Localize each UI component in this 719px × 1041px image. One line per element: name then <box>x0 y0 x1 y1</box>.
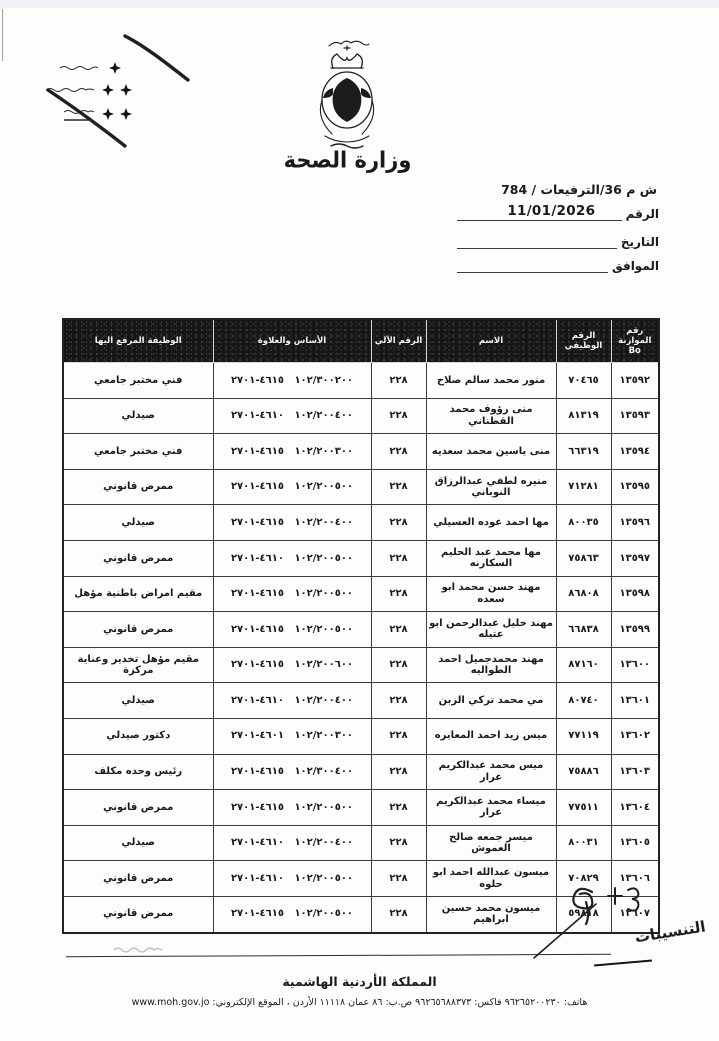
cell-name: مها محمد عبد الحليم السكارنه <box>426 540 556 576</box>
cell-name: مها احمد عوده العسيلي <box>426 505 556 541</box>
cell-employee-number: ٧٧١١٩ <box>556 718 611 754</box>
cell-salary-basis: ١٠٢/٣٠٠٤٠٠ ٤٦١٥-٢٧٠١ <box>213 754 371 790</box>
cell-employee-number: ٨١٣١٩ <box>556 398 611 434</box>
cell-budget-number: ١٣٥٩٨ <box>611 576 659 612</box>
cell-job-title: ممرض قانوني <box>63 861 213 897</box>
cell-budget-number: ١٣٥٩٩ <box>611 612 659 648</box>
col-header-budget-number: رقم الموازنة Bo <box>611 319 659 363</box>
cell-employee-number: ٧٠٤٦٥ <box>556 363 611 399</box>
cell-name: مهند خليل عبدالرحمن ابو عتيله <box>426 612 556 648</box>
cell-category: ٢٢٨ <box>371 861 426 897</box>
ministry-name-calligraphy: وزارة الصحة <box>270 147 425 173</box>
cell-job-title: رئيس وحده مكلف <box>63 754 213 790</box>
pen-slash-strokes <box>48 36 188 146</box>
cell-budget-number: ١٣٦٠٢ <box>611 718 659 754</box>
cell-job-title: صيدلي <box>63 398 213 434</box>
reference-number: ش م 36/الترفيعات / 784 <box>501 182 657 197</box>
col-header-job-title: الوظيفة المرفع اليها <box>63 319 213 363</box>
date-label: التاريخ <box>617 235 659 249</box>
cell-employee-number: ٧٧٥١١ <box>556 790 611 826</box>
cell-salary-basis: ١٠٢/٢٠٠٤٠٠ ٤٦١٠-٢٧٠١ <box>213 398 371 434</box>
table-header-row: رقم الموازنة Bo الرقم الوظيفي الاسم الرق… <box>63 319 659 363</box>
cell-salary-basis: ١٠٢/٢٠٠٥٠٠ ٤٦١٠-٢٧٠١ <box>213 540 371 576</box>
cell-name: منى رؤوف محمد القطناني <box>426 398 556 434</box>
cell-name: ميسر جمعه صالح العموش <box>426 825 556 861</box>
registry-stamp <box>30 28 230 168</box>
table-row: ١٣٥٩٦٨٠٠٣٥مها احمد عوده العسيلي٢٢٨١٠٢/٢٠… <box>63 505 659 541</box>
table-row: ١٣٥٩٤٦٦٣١٩منى ياسين محمد سعديه٢٢٨١٠٢/٢٠٠… <box>63 434 659 470</box>
cell-employee-number: ٨٠٠٣٥ <box>556 505 611 541</box>
cell-category: ٢٢٨ <box>371 718 426 754</box>
cell-category: ٢٢٨ <box>371 612 426 648</box>
table-row: ١٣٦٠٢٧٧١١٩ميس زيد احمد المعايره٢٢٨١٠٢/٢٠… <box>63 718 659 754</box>
cell-budget-number: ١٣٥٩٤ <box>611 434 659 470</box>
scan-edge-artifact <box>2 9 3 61</box>
cell-category: ٢٢٨ <box>371 683 426 719</box>
star-icon <box>120 84 132 96</box>
cell-budget-number: ١٣٥٩٧ <box>611 540 659 576</box>
cell-job-title: صيدلي <box>63 825 213 861</box>
star-icon <box>102 108 114 120</box>
table-row: ١٣٥٩٩٦٦٨٣٨مهند خليل عبدالرحمن ابو عتيله٢… <box>63 612 659 648</box>
faint-marginalia-scribble <box>112 942 164 954</box>
cell-budget-number: ١٣٦٠٠ <box>611 647 659 683</box>
star-burst-icons <box>102 62 132 120</box>
cell-job-title: فني مختبر جامعي <box>63 434 213 470</box>
cell-budget-number: ١٣٥٩٣ <box>611 398 659 434</box>
cell-category: ٢٢٨ <box>371 896 426 932</box>
cell-category: ٢٢٨ <box>371 790 426 826</box>
table-row: ١٣٥٩٥٧١٢٨١منيره لطفي عبدالرزاق النوباني٢… <box>63 469 659 505</box>
star-icon <box>102 84 114 96</box>
table-row: ١٣٥٩٨٨٦٨٠٨مهند حسن محمد ابو سعده٢٢٨١٠٢/٢… <box>63 576 659 612</box>
col-header-category: الرقم الآلي <box>371 319 426 363</box>
cell-name: منور محمد سالم صلاح <box>426 363 556 399</box>
cell-salary-basis: ١٠٢/٢٠٠٣٠٠ ٤٦١٥-٢٧٠١ <box>213 434 371 470</box>
cell-employee-number: ٨٠٠٣١ <box>556 825 611 861</box>
cell-salary-basis: ١٠٢/٢٠٠٣٠٠ ٤٦٠١-٢٧٠١ <box>213 718 371 754</box>
cell-name: منيره لطفي عبدالرزاق النوباني <box>426 469 556 505</box>
cell-category: ٢٢٨ <box>371 434 426 470</box>
cell-salary-basis: ١٠٢/٣٠٠٢٠٠ ٤٦١٥-٢٧٠١ <box>213 363 371 399</box>
cell-category: ٢٢٨ <box>371 754 426 790</box>
cell-category: ٢٢٨ <box>371 505 426 541</box>
cell-job-title: صيدلي <box>63 505 213 541</box>
field-number: الرقم 11/01/2026 <box>457 205 659 221</box>
cell-job-title: ممرض قانوني <box>63 612 213 648</box>
cell-employee-number: ٨٠٧٤٠ <box>556 683 611 719</box>
cell-name: منى ياسين محمد سعديه <box>426 434 556 470</box>
number-value: 11/01/2026 <box>469 203 634 219</box>
cell-employee-number: ٨٦٨٠٨ <box>556 576 611 612</box>
table-row: ١٣٦٠٣٧٥٨٨٦ميس محمد عبدالكريم عرار٢٢٨١٠٢/… <box>63 754 659 790</box>
table-body: ١٣٥٩٢٧٠٤٦٥منور محمد سالم صلاح٢٢٨١٠٢/٣٠٠٢… <box>63 363 659 933</box>
cell-name: ميس زيد احمد المعايره <box>426 718 556 754</box>
cell-salary-basis: ١٠٢/٢٠٠٦٠٠ ٤٦١٥-٢٧٠١ <box>213 647 371 683</box>
kingdom-title: المملكة الأردنية الهاشمية <box>0 974 719 989</box>
table-row: ١٣٥٩٢٧٠٤٦٥منور محمد سالم صلاح٢٢٨١٠٢/٣٠٠٢… <box>63 363 659 399</box>
cell-salary-basis: ١٠٢/٢٠٠٤٠٠ ٤٦١٠-٢٧٠١ <box>213 825 371 861</box>
contact-line: هاتف: ٩٦٢٦٥٢٠٠٢٣٠ فاكس: ٩٦٢٦٥٦٨٨٣٧٣ ص.ب:… <box>0 997 719 1008</box>
cell-category: ٢٢٨ <box>371 398 426 434</box>
cell-job-title: فني مختبر جامعي <box>63 363 213 399</box>
cell-name: مهند حسن محمد ابو سعده <box>426 576 556 612</box>
col-header-employee-number: الرقم الوظيفي <box>556 319 611 363</box>
corresponding-label: الموافق <box>608 259 659 273</box>
cell-budget-number: ١٣٥٩٢ <box>611 363 659 399</box>
date-line <box>457 233 617 249</box>
cell-category: ٢٢٨ <box>371 825 426 861</box>
cell-job-title: مقيم امراض باطنية مؤهل <box>63 576 213 612</box>
cell-job-title: ممرض قانوني <box>63 790 213 826</box>
cell-employee-number: ٦٦٨٣٨ <box>556 612 611 648</box>
cell-job-title: مقيم مؤهل تخدير وعناية مركزة <box>63 647 213 683</box>
cell-salary-basis: ١٠٢/٢٠٠٤٠٠ ٤٦١٥-٢٧٠١ <box>213 505 371 541</box>
cell-job-title: صيدلي <box>63 683 213 719</box>
star-icon <box>120 108 132 120</box>
col-header-name: الاسم <box>426 319 556 363</box>
cell-budget-number: ١٣٦٠٣ <box>611 754 659 790</box>
cell-salary-basis: ١٠٢/٢٠٠٥٠٠ ٤٦١٥-٢٧٠١ <box>213 896 371 932</box>
cell-name: ميساء محمد عبدالكريم عرار <box>426 790 556 826</box>
cell-salary-basis: ١٠٢/٢٠٠٥٠٠ ٤٦١٠-٢٧٠١ <box>213 861 371 897</box>
table-row: ١٣٥٩٧٧٥٨٦٣مها محمد عبد الحليم السكارنه٢٢… <box>63 540 659 576</box>
cell-employee-number: ٧٥٨٦٣ <box>556 540 611 576</box>
cell-budget-number: ١٣٥٩٦ <box>611 505 659 541</box>
cell-employee-number: ٧١٢٨١ <box>556 469 611 505</box>
star-icon <box>109 62 121 74</box>
cell-salary-basis: ١٠٢/٢٠٠٥٠٠ ٤٦١٥-٢٧٠١ <box>213 790 371 826</box>
number-line: 11/01/2026 <box>457 205 622 221</box>
scanned-document-page: وزارة الصحة ش م 36/الترفيعات / 784 الرقم… <box>0 0 719 1041</box>
cell-category: ٢٢٨ <box>371 647 426 683</box>
cell-job-title: دكتور صيدلي <box>63 718 213 754</box>
cell-employee-number: ٨٧١٦٠ <box>556 647 611 683</box>
cell-category: ٢٢٨ <box>371 469 426 505</box>
cell-name: ميس محمد عبدالكريم عرار <box>426 754 556 790</box>
handwritten-page-mark <box>598 880 646 914</box>
cell-category: ٢٢٨ <box>371 540 426 576</box>
royal-crest-icon <box>295 38 400 150</box>
cell-salary-basis: ١٠٢/٢٠٠٤٠٠ ٤٦١٠-٢٧٠١ <box>213 683 371 719</box>
cell-category: ٢٢٨ <box>371 576 426 612</box>
cell-salary-basis: ١٠٢/٢٠٠٥٠٠ ٤٦١٥-٢٧٠١ <box>213 612 371 648</box>
table-row: ١٣٥٩٣٨١٣١٩منى رؤوف محمد القطناني٢٢٨١٠٢/٢… <box>63 398 659 434</box>
cell-category: ٢٢٨ <box>371 363 426 399</box>
cell-employee-number: ٧٥٨٨٦ <box>556 754 611 790</box>
cell-job-title: ممرض قانوني <box>63 896 213 932</box>
cell-job-title: ممرض قانوني <box>63 540 213 576</box>
cell-salary-basis: ١٠٢/٢٠٠٥٠٠ ٤٦١٥-٢٧٠١ <box>213 469 371 505</box>
cell-salary-basis: ١٠٢/٢٠٠٥٠٠ ٤٦١٥-٢٧٠١ <box>213 576 371 612</box>
cell-budget-number: ١٣٦٠٥ <box>611 825 659 861</box>
scan-margin-band <box>0 0 719 8</box>
cell-budget-number: ١٣٦٠١ <box>611 683 659 719</box>
table-row: ١٣٦٠٤٧٧٥١١ميساء محمد عبدالكريم عرار٢٢٨١٠… <box>63 790 659 826</box>
cell-job-title: ممرض قانوني <box>63 469 213 505</box>
table-row: ١٣٦٠٠٨٧١٦٠مهند محمدجميل احمد الطواليه٢٢٨… <box>63 647 659 683</box>
field-corresponding: الموافق <box>457 257 659 273</box>
field-date: التاريخ <box>457 233 659 249</box>
cell-name: مهند محمدجميل احمد الطواليه <box>426 647 556 683</box>
promotions-table: رقم الموازنة Bo الرقم الوظيفي الاسم الرق… <box>62 318 660 934</box>
col-header-salary-basis: الأساس والعلاوة <box>213 319 371 363</box>
table-row: ١٣٦٠١٨٠٧٤٠مي محمد تركي الزبن٢٢٨١٠٢/٢٠٠٤٠… <box>63 683 659 719</box>
cell-budget-number: ١٣٦٠٤ <box>611 790 659 826</box>
cell-employee-number: ٦٦٣١٩ <box>556 434 611 470</box>
cell-name: مي محمد تركي الزبن <box>426 683 556 719</box>
corresponding-line <box>457 257 608 273</box>
table-row: ١٣٦٠٥٨٠٠٣١ميسر جمعه صالح العموش٢٢٨١٠٢/٢٠… <box>63 825 659 861</box>
cell-budget-number: ١٣٥٩٥ <box>611 469 659 505</box>
